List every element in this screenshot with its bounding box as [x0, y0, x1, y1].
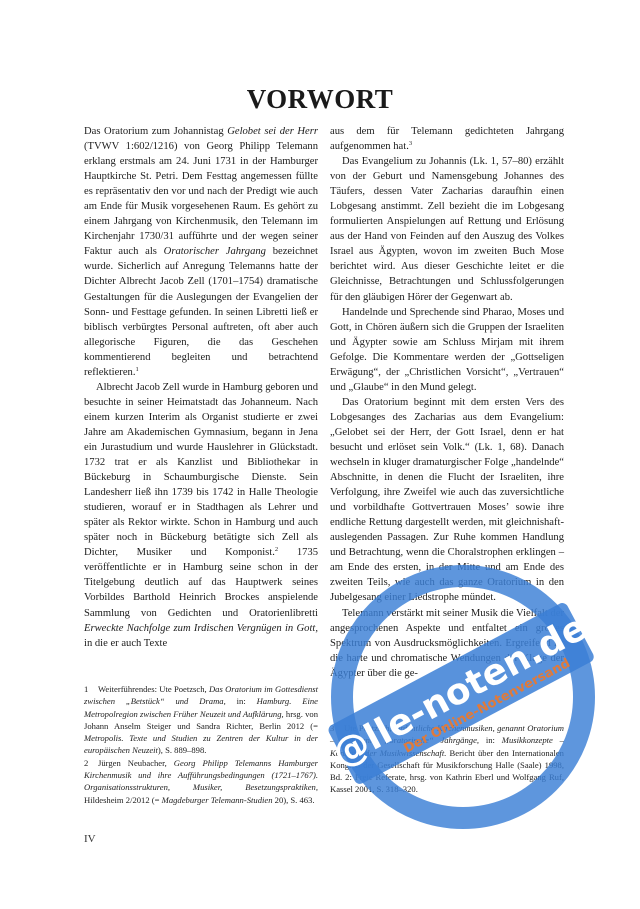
paragraph: aus dem für Telemann gedichteten Jahrgan… [330, 124, 564, 154]
left-text-column: Das Oratorium zum Johannistag Gelobet se… [84, 124, 318, 651]
footnote-number: 2 [84, 757, 98, 769]
footnote-number: 3 [330, 722, 344, 734]
paragraph: Handelnde und Sprechende sind Pharao, Mo… [330, 305, 564, 395]
footnotes-right: 3Ute Poetzsch, Ordentliche Kirchenmusike… [330, 722, 564, 796]
document-page: VORWORT Das Oratorium zum Johannistag Ge… [0, 0, 640, 909]
footnote-number: 1 [84, 683, 98, 695]
paragraph: Das Oratorium beginnt mit dem ersten Ver… [330, 395, 564, 606]
paragraph: Das Oratorium zum Johannistag Gelobet se… [84, 124, 318, 380]
page-title: VORWORT [0, 84, 640, 115]
paragraph: Telemann verstärkt mit seiner Musik die … [330, 606, 564, 681]
right-text-column: aus dem für Telemann gedichteten Jahrgan… [330, 124, 564, 681]
footnote: 2Jürgen Neubacher, Georg Philipp Teleman… [84, 757, 318, 806]
footnotes-left: 1Weiterführendes: Ute Poetzsch, Das Orat… [84, 683, 318, 806]
page-number: IV [84, 833, 96, 845]
footnote: 3Ute Poetzsch, Ordentliche Kirchenmusike… [330, 722, 564, 796]
paragraph: Das Evangelium zu Johannis (Lk. 1, 57–80… [330, 154, 564, 304]
paragraph: Albrecht Jacob Zell wurde in Hamburg geb… [84, 380, 318, 651]
footnote: 1Weiterführendes: Ute Poetzsch, Das Orat… [84, 683, 318, 757]
